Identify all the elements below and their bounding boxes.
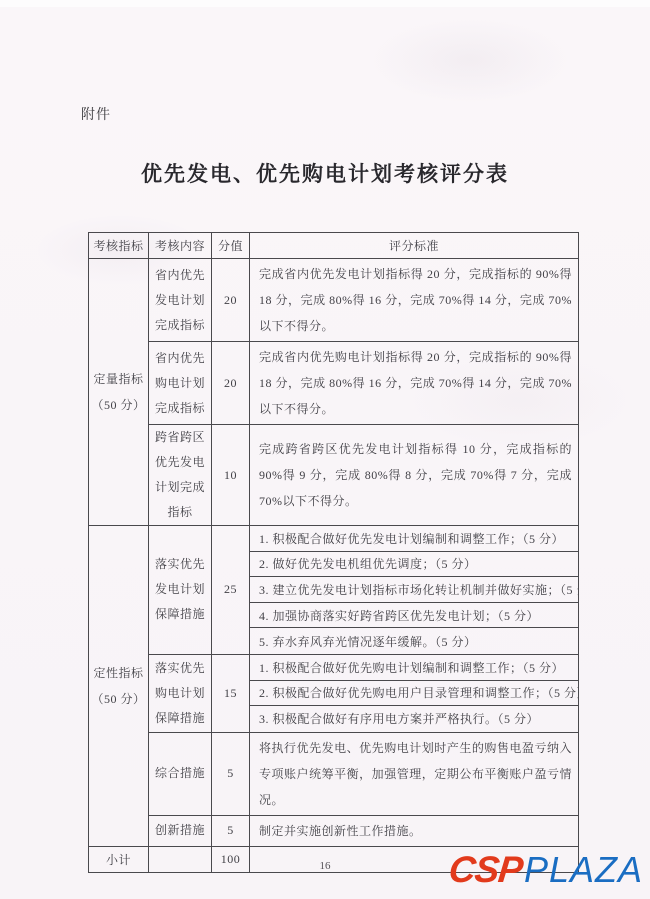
table-row: 定性指标 （50 分） 落实优先 发电计划 保障措施 25 1. 积极配合做好优… <box>89 526 579 655</box>
criteria-cell: 将执行优先发电、优先购电计划时产生的购售电盈亏纳入专项账户统筹平衡，加强管理，定… <box>250 732 579 815</box>
page-title: 优先发电、优先购电计划考核评分表 <box>0 158 650 188</box>
score-cell: 5 <box>212 732 250 815</box>
criteria-item: 2. 积极配合做好优先购电用户目录管理和调整工作；（5 分） <box>250 681 578 707</box>
criteria-item: 4. 加强协商落实好跨省跨区优先发电计划；（5 分） <box>250 603 578 629</box>
score-table: 考核指标 考核内容 分值 评分标准 定量指标 （50 分） 省内优先 发电计划 … <box>88 232 579 873</box>
content-cell: 创新措施 <box>149 815 212 846</box>
criteria-item: 1. 积极配合做好优先发电计划编制和调整工作；（5 分） <box>250 526 578 552</box>
header-content: 考核内容 <box>149 233 212 259</box>
table-row: 跨省跨区 优先发电 计划完成 指标 10 完成跨省跨区优先发电计划指标得 10 … <box>89 425 579 526</box>
score-cell: 20 <box>212 342 250 425</box>
scan-edge <box>0 0 650 7</box>
content-cell: 落实优先 发电计划 保障措施 <box>149 526 212 655</box>
table-row: 创新措施 5 制定并实施创新性工作措施。 <box>89 815 579 846</box>
content-cell: 省内优先 购电计划 完成指标 <box>149 342 212 425</box>
indicator-label-line: 定性指标 <box>89 660 148 686</box>
content-cell: 落实优先 购电计划 保障措施 <box>149 654 212 732</box>
header-score: 分值 <box>212 233 250 259</box>
criteria-item: 1. 积极配合做好优先购电计划编制和调整工作；（5 分） <box>250 655 578 681</box>
table-row: 综合措施 5 将执行优先发电、优先购电计划时产生的购售电盈亏纳入专项账户统筹平衡… <box>89 732 579 815</box>
logo-plaza-text: PLAZA <box>524 849 643 891</box>
score-cell: 15 <box>212 654 250 732</box>
content-cell: 综合措施 <box>149 732 212 815</box>
indicator-label-line: 定量指标 <box>89 366 148 392</box>
indicator-label-line: （50 分） <box>89 392 148 418</box>
content-cell: 跨省跨区 优先发电 计划完成 指标 <box>149 425 212 526</box>
indicator-label-line: （50 分） <box>89 686 148 712</box>
criteria-cell: 完成省内优先发电计划指标得 20 分，完成指标的 90%得 18 分，完成 80… <box>250 259 579 342</box>
criteria-list-cell: 1. 积极配合做好优先发电计划编制和调整工作；（5 分） 2. 做好优先发电机组… <box>250 526 579 655</box>
header-criteria: 评分标准 <box>250 233 579 259</box>
table-row: 定量指标 （50 分） 省内优先 发电计划 完成指标 20 完成省内优先发电计划… <box>89 259 579 342</box>
logo-csp-text: CSP <box>447 849 524 891</box>
header-indicator: 考核指标 <box>89 233 149 259</box>
criteria-item: 2. 做好优先发电机组优先调度；（5 分） <box>250 552 578 578</box>
table-header-row: 考核指标 考核内容 分值 评分标准 <box>89 233 579 259</box>
criteria-item: 3. 建立优先发电计划指标市场化转让机制并做好实施；（5 分） <box>250 577 578 603</box>
criteria-item: 5. 弃水弃风弃光情况逐年缓解。（5 分） <box>250 628 578 654</box>
document-page: 附件 优先发电、优先购电计划考核评分表 考核指标 考核内容 分值 评分标准 定量… <box>0 0 650 899</box>
score-cell: 5 <box>212 815 250 846</box>
table-row: 落实优先 购电计划 保障措施 15 1. 积极配合做好优先购电计划编制和调整工作… <box>89 654 579 732</box>
indicator-quantitative: 定量指标 （50 分） <box>89 259 149 526</box>
table-row: 省内优先 购电计划 完成指标 20 完成省内优先购电计划指标得 20 分，完成指… <box>89 342 579 425</box>
criteria-cell: 完成省内优先购电计划指标得 20 分，完成指标的 90%得 18 分，完成 80… <box>250 342 579 425</box>
criteria-cell: 完成跨省跨区优先发电计划指标得 10 分，完成指标的 90%得 9 分，完成 8… <box>250 425 579 526</box>
indicator-qualitative: 定性指标 （50 分） <box>89 526 149 847</box>
score-cell: 10 <box>212 425 250 526</box>
criteria-item: 3. 积极配合做好有序用电方案并严格执行。（5 分） <box>250 706 578 732</box>
attachment-label: 附件 <box>81 104 111 124</box>
content-cell: 省内优先 发电计划 完成指标 <box>149 259 212 342</box>
csp-plaza-logo: CSPPLAZA <box>449 849 643 891</box>
criteria-cell: 制定并实施创新性工作措施。 <box>250 815 579 846</box>
criteria-list-cell: 1. 积极配合做好优先购电计划编制和调整工作；（5 分） 2. 积极配合做好优先… <box>250 654 579 732</box>
score-cell: 25 <box>212 526 250 655</box>
score-cell: 20 <box>212 259 250 342</box>
